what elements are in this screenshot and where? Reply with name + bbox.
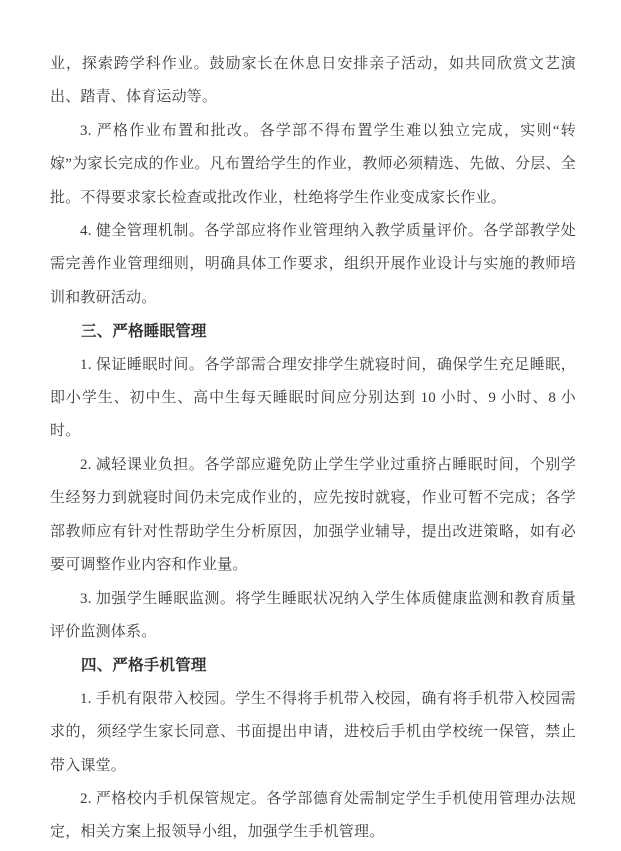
paragraph-continuation-top: 业，探索跨学科作业。鼓励家长在休息日安排亲子活动，如共同欣赏文艺演出、踏青、体育… [50,48,576,115]
paragraph-sleep-monitoring: 3. 加强学生睡眠监测。将学生睡眠状况纳入学生体质健康监测和教育质量评价监测体系… [50,583,576,650]
paragraph-sleep-time: 1. 保证睡眠时间。各学部需合理安排学生就寝时间，确保学生充足睡眠，即小学生、初… [50,349,576,449]
paragraph-management-mechanism: 4. 健全管理机制。各学部应将作业管理纳入教学质量评价。各学部教学处需完善作业管… [50,215,576,315]
paragraph-reduce-burden: 2. 减轻课业负担。各学部应避免防止学生学业过重挤占睡眠时间，个别学生经努力到就… [50,449,576,583]
document-page: 业，探索跨学科作业。鼓励家长在休息日安排亲子活动，如共同欣赏文艺演出、踏青、体育… [0,0,621,851]
document-content: 业，探索跨学科作业。鼓励家长在休息日安排亲子活动，如共同欣赏文艺演出、踏青、体育… [50,48,576,850]
section-heading-sleep-management: 三、严格睡眠管理 [50,315,576,348]
paragraph-phone-entry: 1. 手机有限带入校园。学生不得将手机带入校园，确有将手机带入校园需求的，须经学… [50,683,576,783]
paragraph-homework-assignment: 3. 严格作业布置和批改。各学部不得布置学生难以独立完成，实则“转嫁”为家长完成… [50,115,576,215]
section-heading-phone-management: 四、严格手机管理 [50,649,576,682]
paragraph-phone-storage: 2. 严格校内手机保管规定。各学部德育处需制定学生手机使用管理办法规定，相关方案… [50,783,576,850]
